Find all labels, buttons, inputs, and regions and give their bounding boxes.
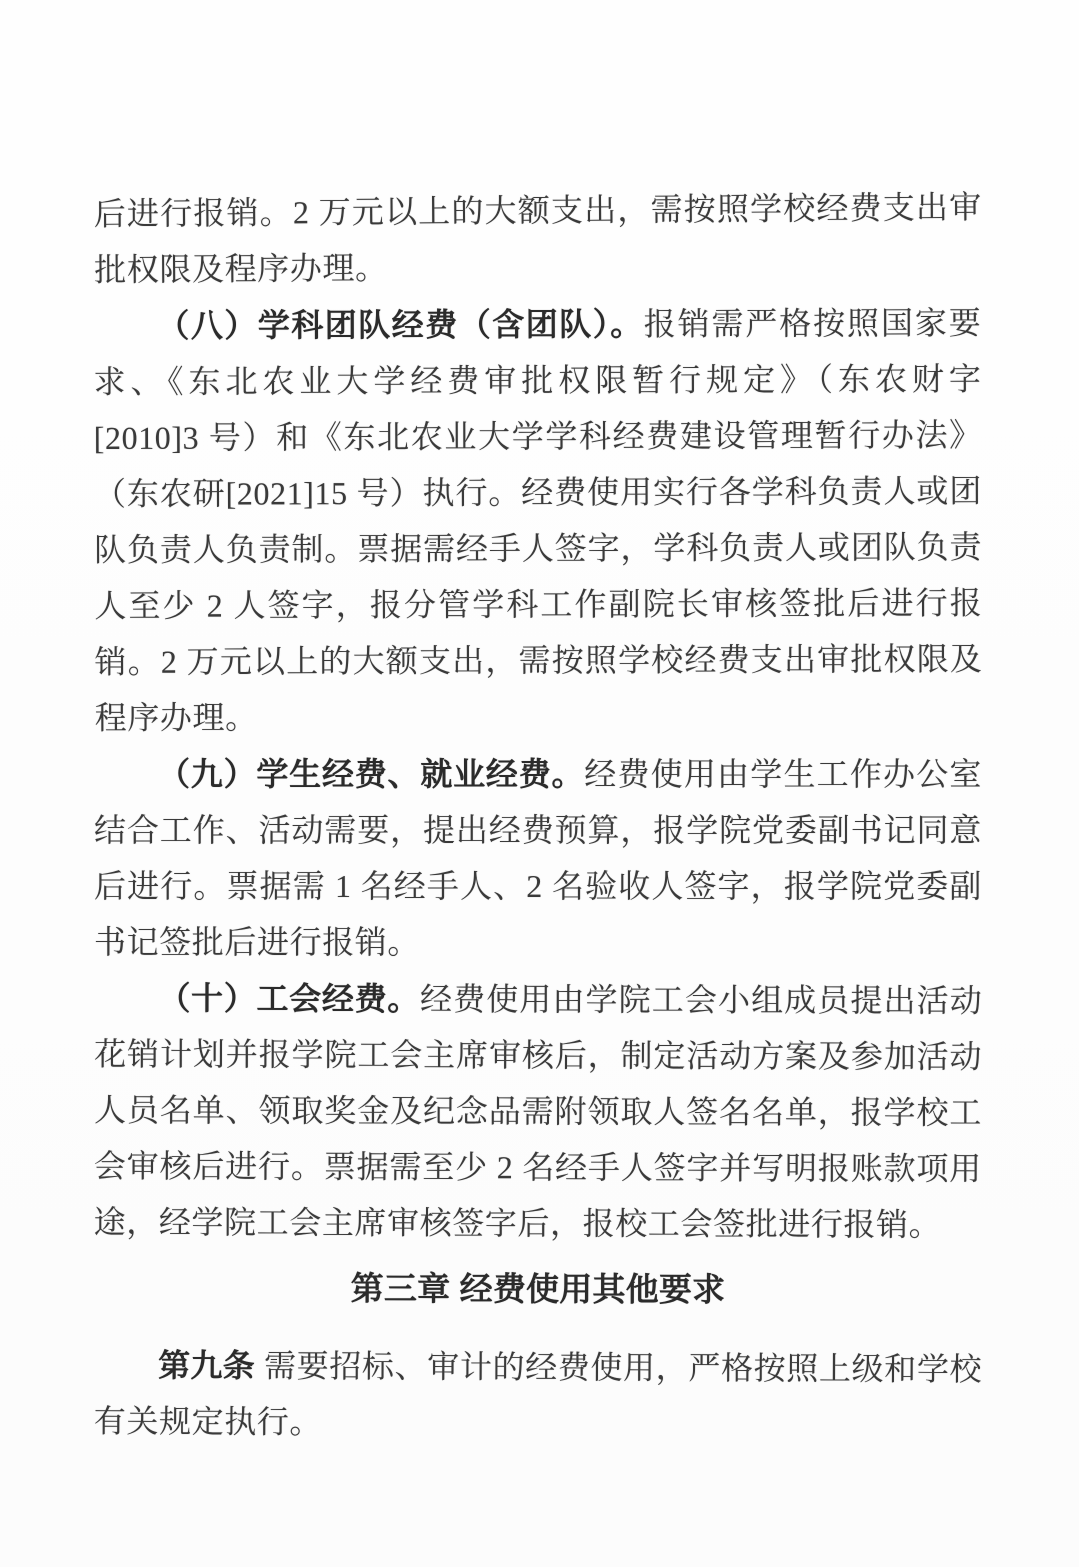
bold-text-run: （八）学科团队经费（含团队）。: [157, 306, 643, 344]
scanned-document-page: 后进行报销。2 万元以上的大额支出，需按照学校经费支出审批权限及程序办理。 （八…: [0, 0, 1079, 1567]
chapter-3-heading: 第三章 经费使用其他要求: [94, 1260, 982, 1320]
text-run: 后进行报销。2 万元以上的大额支出，需按照学校经费支出审批权限及程序办理。: [94, 189, 982, 288]
text-run: 报销需严格按照国家要求、《东北农业大学经费审批权限暂行规定》（东农财字[2010…: [93, 305, 982, 736]
paragraph-article-9: 第九条 需要招标、审计的经费使用，严格按照上级和学校有关规定执行。: [94, 1337, 983, 1453]
bold-text-run: （九）学生经费、就业经费。: [158, 756, 584, 792]
bold-text-run: 第九条: [158, 1347, 264, 1384]
paragraph-item9-student-employment-funds: （九）学生经费、就业经费。经费使用由学生工作办公室结合工作、活动需要，提出经费预…: [94, 746, 982, 970]
document-text-block: 后进行报销。2 万元以上的大额支出，需按照学校经费支出审批权限及程序办理。 （八…: [94, 186, 982, 1449]
paragraph-item8-discipline-team-funds: （八）学科团队经费（含团队）。报销需严格按照国家要求、《东北农业大学经费审批权限…: [93, 295, 983, 746]
text-run: 经费使用由学院工会小组成员提出活动花销计划并报学院工会主席审核后，制定活动方案及…: [94, 981, 983, 1243]
bold-text-run: （十）工会经费。: [158, 980, 420, 1017]
bold-text-run: 第三章 经费使用其他要求: [351, 1270, 726, 1308]
paragraph-approval-limit-continuation: 后进行报销。2 万元以上的大额支出，需按照学校经费支出审批权限及程序办理。: [94, 179, 983, 298]
paragraph-item10-union-funds: （十）工会经费。经费使用由学院工会小组成员提出活动花销计划并报学院工会主席审核后…: [94, 970, 983, 1253]
